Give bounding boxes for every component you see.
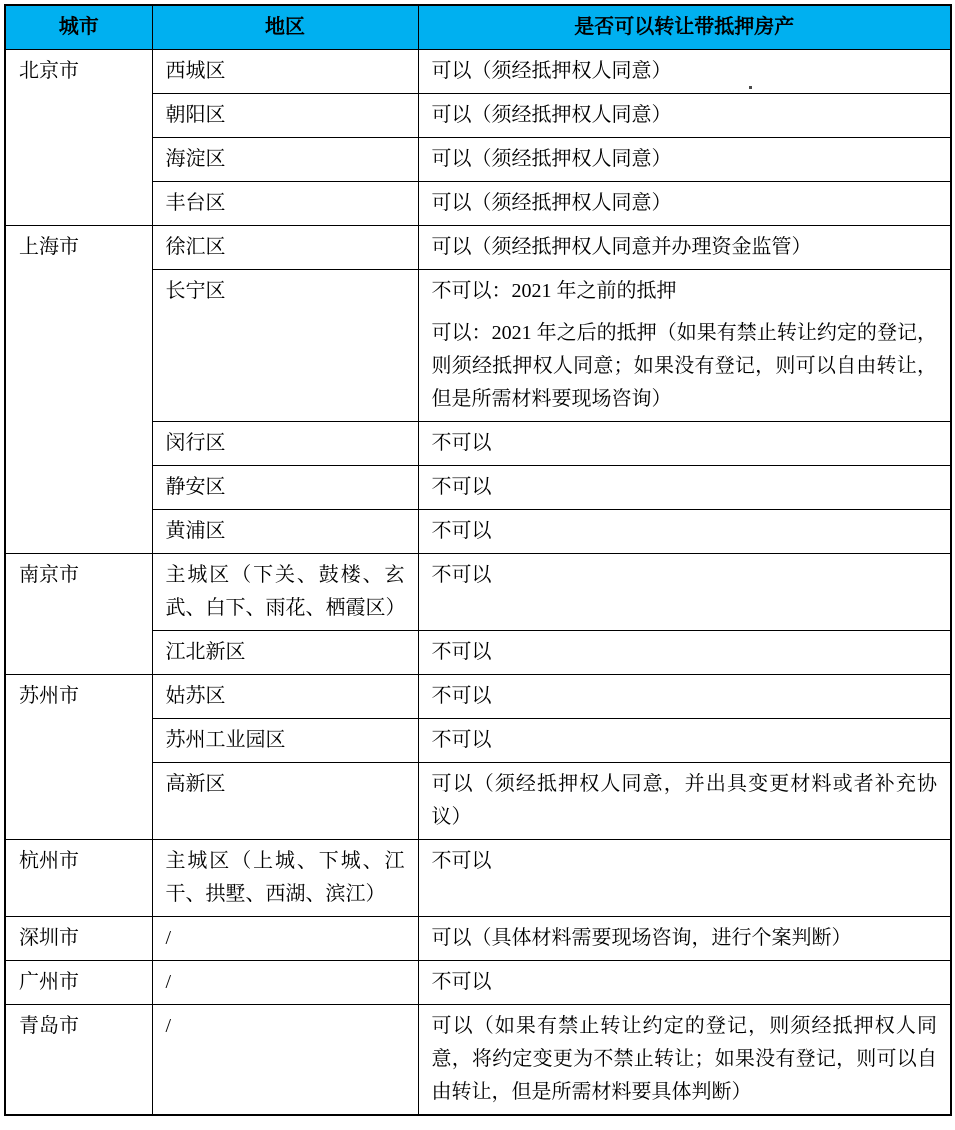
answer-cell: 不可以 [418, 961, 951, 1005]
district-cell: 主城区（上城、下城、江干、拱墅、西湖、滨江） [152, 840, 418, 917]
district-cell: 丰台区 [152, 182, 418, 226]
district-cell: 西城区 [152, 50, 418, 94]
document-page: 城市 地区 是否可以转让带抵押房产 北京市西城区可以（须经抵押权人同意）朝阳区可… [0, 0, 955, 1130]
table-row: 上海市徐汇区可以（须经抵押权人同意并办理资金监管） [5, 226, 951, 270]
answer-paragraph: 不可以 [432, 471, 938, 504]
table-row: 广州市/不可以 [5, 961, 951, 1005]
answer-cell: 不可以 [418, 631, 951, 675]
answer-cell: 可以（如果有禁止转让约定的登记，则须经抵押权人同意，将约定变更为不禁止转让；如果… [418, 1005, 951, 1116]
answer-paragraph: 不可以 [432, 845, 938, 878]
answer-cell: 可以（须经抵押权人同意并办理资金监管） [418, 226, 951, 270]
header-cell-city: 城市 [5, 5, 152, 50]
answer-cell: 可以（须经抵押权人同意，并出具变更材料或者补充协议） [418, 763, 951, 840]
table-row: 南京市主城区（下关、鼓楼、玄武、白下、雨花、栖霞区）不可以 [5, 554, 951, 631]
answer-cell: 不可以 [418, 719, 951, 763]
district-cell: 长宁区 [152, 270, 418, 422]
table-row: 青岛市/可以（如果有禁止转让约定的登记，则须经抵押权人同意，将约定变更为不禁止转… [5, 1005, 951, 1116]
answer-paragraph: 可以（如果有禁止转让约定的登记，则须经抵押权人同意，将约定变更为不禁止转让；如果… [432, 1010, 938, 1109]
table-row: 苏州市姑苏区不可以 [5, 675, 951, 719]
district-cell: 苏州工业园区 [152, 719, 418, 763]
answer-paragraph: 可以（须经抵押权人同意） [432, 55, 938, 88]
answer-paragraph: 不可以 [432, 724, 938, 757]
city-cell: 深圳市 [5, 917, 152, 961]
table-header: 城市 地区 是否可以转让带抵押房产 [5, 5, 951, 50]
city-cell: 北京市 [5, 50, 152, 226]
city-cell: 上海市 [5, 226, 152, 554]
answer-cell: 可以（须经抵押权人同意） [418, 50, 951, 94]
answer-paragraph: 不可以 [432, 427, 938, 460]
answer-cell: 不可以 [418, 840, 951, 917]
district-cell: 江北新区 [152, 631, 418, 675]
district-cell: 徐汇区 [152, 226, 418, 270]
answer-cell: 可以（须经抵押权人同意） [418, 138, 951, 182]
answer-paragraph: 可以（须经抵押权人同意，并出具变更材料或者补充协议） [432, 768, 938, 834]
district-cell: 高新区 [152, 763, 418, 840]
answer-paragraph: 不可以 [432, 680, 938, 713]
district-cell: 朝阳区 [152, 94, 418, 138]
district-cell: / [152, 917, 418, 961]
mortgage-transfer-table: 城市 地区 是否可以转让带抵押房产 北京市西城区可以（须经抵押权人同意）朝阳区可… [4, 4, 952, 1116]
answer-cell: 不可以 [418, 510, 951, 554]
answer-cell: 可以（须经抵押权人同意） [418, 94, 951, 138]
header-cell-district: 地区 [152, 5, 418, 50]
header-cell-answer: 是否可以转让带抵押房产 [418, 5, 951, 50]
answer-paragraph: 不可以 [432, 636, 938, 669]
city-cell: 青岛市 [5, 1005, 152, 1116]
answer-paragraph: 可以（须经抵押权人同意） [432, 99, 938, 132]
district-cell: 黄浦区 [152, 510, 418, 554]
district-cell: 海淀区 [152, 138, 418, 182]
answer-paragraph: 可以：2021 年之后的抵押（如果有禁止转让约定的登记，则须经抵押权人同意；如果… [432, 317, 938, 416]
district-cell: / [152, 961, 418, 1005]
answer-cell: 可以（须经抵押权人同意） [418, 182, 951, 226]
answer-cell: 不可以 [418, 554, 951, 631]
district-cell: 静安区 [152, 466, 418, 510]
answer-paragraph: 可以（须经抵押权人同意） [432, 143, 938, 176]
district-cell: 姑苏区 [152, 675, 418, 719]
city-cell: 杭州市 [5, 840, 152, 917]
table-body: 北京市西城区可以（须经抵押权人同意）朝阳区可以（须经抵押权人同意）海淀区可以（须… [5, 50, 951, 1116]
city-cell: 广州市 [5, 961, 152, 1005]
district-cell: 主城区（下关、鼓楼、玄武、白下、雨花、栖霞区） [152, 554, 418, 631]
answer-cell: 不可以 [418, 466, 951, 510]
answer-paragraph: 可以（须经抵押权人同意） [432, 187, 938, 220]
answer-cell: 不可以：2021 年之前的抵押可以：2021 年之后的抵押（如果有禁止转让约定的… [418, 270, 951, 422]
table-row: 杭州市主城区（上城、下城、江干、拱墅、西湖、滨江）不可以 [5, 840, 951, 917]
answer-paragraph: 可以（具体材料需要现场咨询，进行个案判断） [432, 922, 938, 955]
answer-paragraph: 不可以 [432, 515, 938, 548]
table-row: 北京市西城区可以（须经抵押权人同意） [5, 50, 951, 94]
answer-cell: 可以（具体材料需要现场咨询，进行个案判断） [418, 917, 951, 961]
answer-cell: 不可以 [418, 422, 951, 466]
header-row: 城市 地区 是否可以转让带抵押房产 [5, 5, 951, 50]
city-cell: 南京市 [5, 554, 152, 675]
answer-paragraph: 不可以 [432, 966, 938, 999]
answer-paragraph: 不可以 [432, 559, 938, 592]
stray-dot [749, 86, 752, 89]
answer-paragraph: 可以（须经抵押权人同意并办理资金监管） [432, 231, 938, 264]
answer-paragraph: 不可以：2021 年之前的抵押 [432, 275, 938, 308]
table-row: 深圳市/可以（具体材料需要现场咨询，进行个案判断） [5, 917, 951, 961]
district-cell: 闵行区 [152, 422, 418, 466]
city-cell: 苏州市 [5, 675, 152, 840]
answer-cell: 不可以 [418, 675, 951, 719]
district-cell: / [152, 1005, 418, 1116]
